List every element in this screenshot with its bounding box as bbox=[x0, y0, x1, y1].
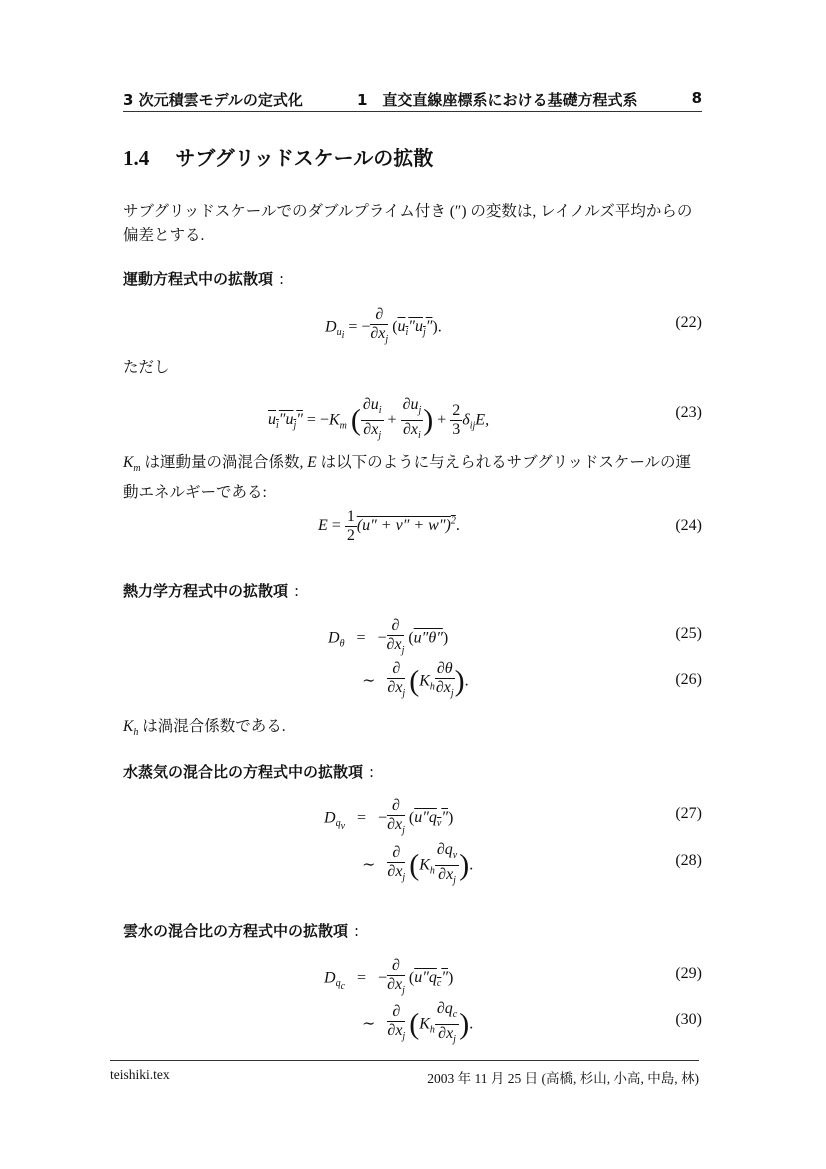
equation-22: Dui = −∂∂xj (ui″uj″). bbox=[325, 306, 442, 349]
equation-23: ui″uj″ = −Km (∂ui∂xj + ∂uj∂xi) + 23δijE, bbox=[268, 396, 489, 445]
equation-number-26: (26) bbox=[675, 671, 702, 689]
equation-26: ∼ ∂∂xj (Kh∂θ∂xj). bbox=[362, 660, 469, 703]
equation-number-22: (22) bbox=[675, 314, 702, 332]
equation-30: ∼ ∂∂xj (Kh∂qc∂xj). bbox=[362, 1000, 473, 1049]
equation-28: ∼ ∂∂xj (Kh∂qv∂xj). bbox=[362, 841, 473, 890]
cloud-heading: 雲水の混合比の方程式中の拡散項: bbox=[123, 920, 359, 941]
kh-note: Kh は渦混合係数である. bbox=[123, 715, 705, 745]
header-section: 1 直交直線座標系における基礎方程式系 bbox=[357, 89, 637, 110]
thermo-heading: 熱力学方程式中の拡散項: bbox=[123, 580, 299, 601]
vapor-heading: 水蒸気の混合比の方程式中の拡散項: bbox=[123, 761, 374, 782]
equation-number-25: (25) bbox=[675, 625, 702, 643]
equation-number-27: (27) bbox=[675, 805, 702, 823]
equation-27: Dqv = −∂∂xj (u″qv″) bbox=[324, 797, 453, 840]
equation-25: Dθ = −∂∂xj (u″θ″) bbox=[328, 617, 448, 660]
km-description: Km は運動量の渦混合係数, E は以下のように与えられるサブグリッドスケールの… bbox=[123, 451, 705, 505]
equation-number-23: (23) bbox=[675, 404, 702, 422]
running-header: 3 次元積雲モデルの定式化 1 直交直線座標系における基礎方程式系 8 bbox=[123, 89, 702, 112]
momentum-heading: 運動方程式中の拡散項: bbox=[123, 268, 284, 289]
header-page-number: 8 bbox=[692, 89, 702, 107]
equation-29: Dqc = −∂∂xj (u″qc″) bbox=[324, 957, 453, 1000]
section-title: 1.4サブグリッドスケールの拡散 bbox=[123, 142, 433, 171]
equation-number-24: (24) bbox=[675, 517, 702, 535]
page-footer: teishiki.tex 2003 年 11 月 25 日 (高橋, 杉山, 小… bbox=[110, 1060, 699, 1061]
header-chapter: 3 次元積雲モデルの定式化 bbox=[123, 89, 303, 110]
equation-number-28: (28) bbox=[675, 852, 702, 870]
intro-paragraph: サブグリッドスケールでのダブルプライム付き (″) の変数は, レイノルズ平均か… bbox=[123, 200, 705, 248]
where-text: ただし bbox=[123, 356, 705, 380]
equation-number-29: (29) bbox=[675, 965, 702, 983]
equation-24: E = 12(u″ + v″ + w″)2. bbox=[318, 508, 460, 545]
footer-filename: teishiki.tex bbox=[110, 1067, 170, 1083]
equation-number-30: (30) bbox=[675, 1011, 702, 1029]
footer-date-authors: 2003 年 11 月 25 日 (高橋, 杉山, 小高, 中島, 林) bbox=[427, 1067, 699, 1087]
